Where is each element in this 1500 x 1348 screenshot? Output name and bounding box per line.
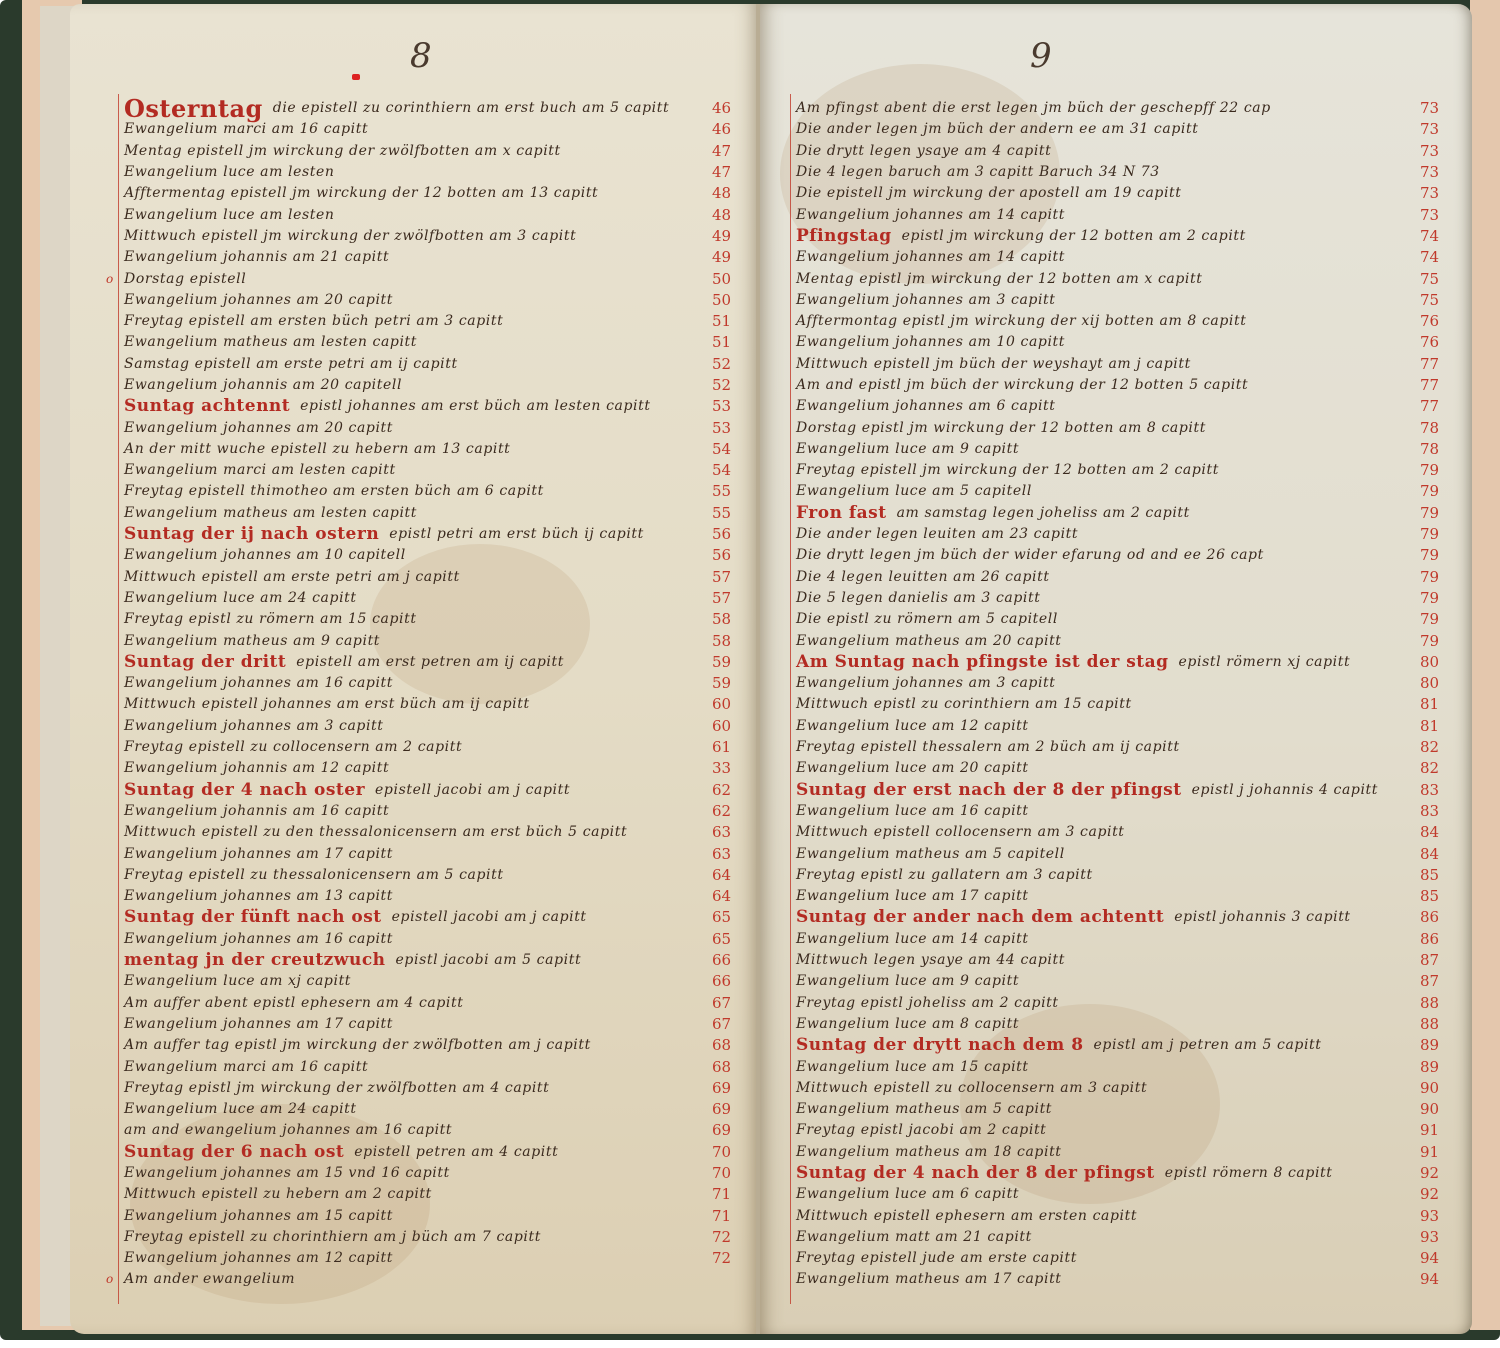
folio-reference-number: 81	[1420, 694, 1439, 715]
manuscript-line: Ewangelium matt am 21 capitt93	[760, 1227, 1472, 1248]
manuscript-line: Mittwuch epistell zu hebern am 2 capitt7…	[70, 1184, 758, 1205]
folio-reference-number: 63	[712, 844, 731, 865]
folio-reference-number: 79	[1420, 588, 1439, 609]
manuscript-line: Ewangelium johannis am 12 capitt33	[70, 758, 758, 779]
manuscript-line: Ewangelium johannis am 20 capitell52	[70, 375, 758, 396]
line-text: Ewangelium johannes am 13 capitt	[124, 886, 393, 907]
line-text: Ewangelium luce am 16 capitt	[796, 801, 1029, 822]
manuscript-line: Ewangelium johannes am 12 capitt72	[70, 1248, 758, 1269]
line-text: Ewangelium marci am 16 capitt	[124, 1057, 368, 1078]
line-text: Freytag epistell thimotheo am ersten büc…	[124, 481, 544, 502]
rubric-heading: Suntag der fünft nach ost	[124, 907, 382, 928]
manuscript-line: Suntag der drytt nach dem 8epistl am j p…	[760, 1035, 1472, 1056]
line-text: Am pfingst abent die erst legen jm büch …	[796, 98, 1271, 119]
manuscript-line: Die epistl zu römern am 5 capitell79	[760, 609, 1472, 630]
folio-reference-number: 50	[712, 290, 731, 311]
line-text: Ewangelium luce am 17 capitt	[796, 886, 1029, 907]
line-text: Die epistell jm wirckung der apostell am…	[796, 183, 1182, 204]
line-text: Dorstag epistl jm wirckung der 12 botten…	[796, 418, 1206, 439]
folio-reference-number: 53	[712, 396, 731, 417]
folio-reference-number: 68	[712, 1035, 731, 1056]
manuscript-line: am and ewangelium johannes am 16 capitt6…	[70, 1120, 758, 1141]
folio-reference-number: 50	[712, 269, 731, 290]
manuscript-line: Am auffer tag epistl jm wirckung der zwö…	[70, 1035, 758, 1056]
line-text: am and ewangelium johannes am 16 capitt	[124, 1120, 452, 1141]
manuscript-line: Ewangelium marci am 16 capitt68	[70, 1056, 758, 1077]
folio-reference-number: 54	[712, 460, 731, 481]
folio-reference-number: 70	[712, 1163, 731, 1184]
line-text: Freytag epistell zu thessalonicensern am…	[124, 865, 504, 886]
manuscript-line: Suntag der fünft nach ostepistell jacobi…	[70, 907, 758, 928]
line-text: Ewangelium matheus am 5 capitell	[796, 844, 1065, 865]
line-text: Ewangelium luce am 12 capitt	[796, 716, 1029, 737]
line-text: Mittwuch epistell johannes am erst büch …	[124, 694, 530, 715]
line-text: Ewangelium johannes am 12 capitt	[124, 1248, 393, 1269]
folio-reference-number: 86	[1420, 907, 1439, 928]
manuscript-line: Ewangelium marci am lesten capitt54	[70, 460, 758, 481]
rubric-heading: Suntag der 6 nach ost	[124, 1142, 344, 1163]
manuscript-line: Die 4 legen baruch am 3 capitt Baruch 34…	[760, 162, 1472, 183]
line-text: Freytag epistl zu gallatern am 3 capitt	[796, 865, 1093, 886]
manuscript-line: Die ander legen leuiten am 23 capitt79	[760, 524, 1472, 545]
line-text: Die ander legen jm büch der andern ee am…	[796, 119, 1198, 140]
manuscript-line: Ewangelium johannes am 13 capitt64	[70, 886, 758, 907]
line-text: Mentag epistell jm wirckung der zwölfbot…	[124, 141, 561, 162]
manuscript-line: Ewangelium johannes am 16 capitt59	[70, 673, 758, 694]
folio-reference-number: 86	[1420, 929, 1439, 950]
line-text: Dorstag epistell	[124, 269, 246, 290]
line-text: Ewangelium johannes am 16 capitt	[124, 673, 393, 694]
line-text: Ewangelium johannes am 17 capitt	[124, 844, 393, 865]
folio-reference-number: 47	[712, 141, 731, 162]
manuscript-line: Ewangelium matheus am lesten capitt55	[70, 503, 758, 524]
folio-reference-number: 81	[1420, 716, 1439, 737]
manuscript-line: Ewangelium luce am 15 capitt89	[760, 1056, 1472, 1077]
folio-reference-number: 71	[712, 1206, 731, 1227]
folio-reference-number: 52	[712, 375, 731, 396]
folio-reference-number: 51	[712, 311, 731, 332]
folio-reference-number: 77	[1420, 354, 1439, 375]
folio-reference-number: 73	[1420, 98, 1439, 119]
manuscript-line: Ewangelium johannes am 3 capitt60	[70, 716, 758, 737]
line-text: Ewangelium luce am 8 capitt	[796, 1014, 1019, 1035]
folio-reference-number: 33	[712, 758, 731, 779]
line-text: Die 4 legen leuitten am 26 capitt	[796, 567, 1050, 588]
line-text: Freytag epistl joheliss am 2 capitt	[796, 993, 1059, 1014]
manuscript-line: Ewangelium luce am 12 capitt81	[760, 716, 1472, 737]
rubric-heading: Suntag der 4 nach oster	[124, 780, 365, 801]
folio-reference-number: 79	[1420, 460, 1439, 481]
folio-reference-number: 93	[1420, 1206, 1439, 1227]
rubric-heading: Suntag achtennt	[124, 396, 290, 417]
manuscript-line: Die epistell jm wirckung der apostell am…	[760, 183, 1472, 204]
line-text: Freytag epistl zu römern am 15 capitt	[124, 609, 417, 630]
manuscript-line: Ewangelium johannes am 3 capitt75	[760, 290, 1472, 311]
rubric-heading: Suntag der ander nach dem achtentt	[796, 907, 1164, 928]
line-text: Mittwuch epistell jm büch der weyshayt a…	[796, 354, 1191, 375]
line-text: Ewangelium luce am 9 capitt	[796, 439, 1019, 460]
folio-reference-number: 59	[712, 652, 731, 673]
manuscript-line: Die drytt legen jm büch der wider efarun…	[760, 545, 1472, 566]
manuscript-line: Mittwuch epistell ephesern am ersten cap…	[760, 1205, 1472, 1226]
line-text: Am ander ewangelium	[124, 1269, 295, 1290]
line-text: Freytag epistell jm wirckung der 12 bott…	[796, 460, 1219, 481]
line-text: Ewangelium johannes am 15 vnd 16 capitt	[124, 1163, 450, 1184]
manuscript-line: Mentag epistell jm wirckung der zwölfbot…	[70, 141, 758, 162]
line-text: Ewangelium johannes am 10 capitell	[124, 545, 406, 566]
manuscript-line: Ewangelium johannes am 16 capitt65	[70, 929, 758, 950]
folio-reference-number: 49	[712, 226, 731, 247]
line-text: Ewangelium matheus am 17 capitt	[796, 1269, 1062, 1290]
rubric-heading: Suntag der ij nach ostern	[124, 524, 379, 545]
manuscript-line: Ewangelium johannes am 20 capitt50	[70, 290, 758, 311]
line-text: die epistell zu corinthiern am erst buch…	[273, 98, 669, 119]
line-text: Mentag epistl jm wirckung der 12 botten …	[796, 269, 1202, 290]
folio-reference-number: 66	[712, 950, 731, 971]
line-text: Ewangelium matheus am lesten capitt	[124, 503, 417, 524]
manuscript-line: Ewangelium matheus am 9 capitt58	[70, 630, 758, 651]
line-text: epistl römern 8 capitt	[1165, 1163, 1333, 1184]
rubric-heading: Suntag der drytt nach dem 8	[796, 1035, 1084, 1056]
folio-reference-number: 79	[1420, 481, 1439, 502]
folio-number: 8	[410, 36, 432, 76]
line-text: Freytag epistl jacobi am 2 capitt	[796, 1120, 1046, 1141]
folio-reference-number: 89	[1420, 1057, 1439, 1078]
line-text: Ewangelium johannes am 3 capitt	[796, 673, 1056, 694]
folio-reference-number: 78	[1420, 439, 1439, 460]
manuscript-line: Am pfingst abent die erst legen jm büch …	[760, 98, 1472, 119]
folio-reference-number: 92	[1420, 1184, 1439, 1205]
line-text: Mittwuch epistell ephesern am ersten cap…	[796, 1206, 1137, 1227]
manuscript-line: Mittwuch legen ysaye am 44 capitt87	[760, 950, 1472, 971]
line-text: Die 4 legen baruch am 3 capitt Baruch 34…	[796, 162, 1160, 183]
line-text: Ewangelium matheus am 9 capitt	[124, 631, 380, 652]
folio-reference-number: 73	[1420, 119, 1439, 140]
folio-reference-number: 78	[1420, 418, 1439, 439]
line-text: Die drytt legen ysaye am 4 capitt	[796, 141, 1051, 162]
rubric-heading: Am Suntag nach pfingste ist der stag	[796, 652, 1169, 673]
folio-reference-number: 79	[1420, 631, 1439, 652]
folio-reference-number: 73	[1420, 183, 1439, 204]
line-text: Am auffer abent epistl ephesern am 4 cap…	[124, 993, 463, 1014]
line-text: Samstag epistell am erste petri am ij ca…	[124, 354, 458, 375]
folio-reference-number: 94	[1420, 1248, 1439, 1269]
line-text: epistell jacobi am j capitt	[392, 907, 587, 928]
manuscript-line: Ewangelium johannes am 17 capitt63	[70, 843, 758, 864]
manuscript-line: Ewangelium johannes am 6 capitt77	[760, 396, 1472, 417]
manuscript-line: Suntag der 6 nach ostepistell petren am …	[70, 1142, 758, 1163]
folio-reference-number: 73	[1420, 162, 1439, 183]
manuscript-line: Ewangelium johannes am 15 vnd 16 capitt7…	[70, 1163, 758, 1184]
manuscript-line: Ewangelium luce am 20 capitt82	[760, 758, 1472, 779]
line-text: Ewangelium matheus am 18 capitt	[796, 1142, 1062, 1163]
manuscript-line: Mittwuch epistell collocensern am 3 capi…	[760, 822, 1472, 843]
manuscript-line: An der mitt wuche epistell zu hebern am …	[70, 439, 758, 460]
line-text: Freytag epistell jude am erste capitt	[796, 1248, 1077, 1269]
manuscript-line: Suntag achtenntepistl johannes am erst b…	[70, 396, 758, 417]
manuscript-line: Pfingstagepistl jm wirckung der 12 botte…	[760, 226, 1472, 247]
folio-reference-number: 84	[1420, 822, 1439, 843]
manuscript-line: Am auffer abent epistl ephesern am 4 cap…	[70, 992, 758, 1013]
folio-reference-number: 47	[712, 162, 731, 183]
line-text: Ewangelium luce am xj capitt	[124, 971, 351, 992]
manuscript-line: Freytag epistell zu thessalonicensern am…	[70, 865, 758, 886]
folio-reference-number: 75	[1420, 290, 1439, 311]
line-text: Ewangelium johannis am 12 capitt	[124, 758, 389, 779]
line-text: Die drytt legen jm büch der wider efarun…	[796, 545, 1264, 566]
manuscript-line: Ewangelium johannis am 21 capitt49	[70, 247, 758, 268]
rubric-heading: Suntag der dritt	[124, 652, 286, 673]
folio-reference-number: 74	[1420, 247, 1439, 268]
line-text: Ewangelium johannes am 14 capitt	[796, 205, 1065, 226]
line-text: Mittwuch epistell zu collocensern am 3 c…	[796, 1078, 1147, 1099]
folio-reference-number: 93	[1420, 1227, 1439, 1248]
folio-reference-number: 82	[1420, 737, 1439, 758]
manuscript-line: Ewangelium luce am lesten48	[70, 204, 758, 225]
line-text: Ewangelium matt am 21 capitt	[796, 1227, 1032, 1248]
folio-reference-number: 90	[1420, 1078, 1439, 1099]
line-text: epistell petren am 4 capitt	[354, 1142, 558, 1163]
manuscript-line: Afftermontag epistl jm wirckung der xij …	[760, 311, 1472, 332]
line-text: Ewangelium johannes am 20 capitt	[124, 418, 393, 439]
line-text: Ewangelium luce am 6 capitt	[796, 1184, 1019, 1205]
folio-reference-number: 57	[712, 567, 731, 588]
folio-reference-number: 75	[1420, 269, 1439, 290]
folio-reference-number: 52	[712, 354, 731, 375]
folio-reference-number: 53	[712, 418, 731, 439]
manuscript-line: Mittwuch epistell jm büch der weyshayt a…	[760, 354, 1472, 375]
manuscript-line: Freytag epistell zu collocensern am 2 ca…	[70, 737, 758, 758]
manuscript-line: Ewangelium marci am 16 capitt46	[70, 119, 758, 140]
line-text: Mittwuch epistell zu den thessalonicense…	[124, 822, 627, 843]
folio-reference-number: 74	[1420, 226, 1439, 247]
line-text: Ewangelium johannes am 3 capitt	[796, 290, 1056, 311]
manuscript-line: Afftermentag epistell jm wirckung der 12…	[70, 183, 758, 204]
folio-reference-number: 91	[1420, 1142, 1439, 1163]
line-text: am samstag legen joheliss am 2 capitt	[897, 503, 1190, 524]
line-text: Ewangelium johannes am 15 capitt	[124, 1206, 393, 1227]
manuscript-line: Mittwuch epistell am erste petri am j ca…	[70, 567, 758, 588]
manuscript-line: Suntag der ij nach osternepistl petri am…	[70, 524, 758, 545]
manuscript-line: Freytag epistell thessalern am 2 büch am…	[760, 737, 1472, 758]
right-page-lines: Am pfingst abent die erst legen jm büch …	[760, 98, 1472, 1291]
folio-reference-number: 66	[712, 971, 731, 992]
manuscript-line: oAm ander ewangelium	[70, 1269, 758, 1290]
rubric-heading: Suntag der 4 nach der 8 der pfingst	[796, 1163, 1155, 1184]
rubric-heading: Suntag der erst nach der 8 der pfingst	[796, 780, 1182, 801]
manuscript-line: Ewangelium luce am 5 capitell79	[760, 481, 1472, 502]
manuscript-line: Ewangelium matheus am lesten capitt51	[70, 332, 758, 353]
line-text: epistl petri am erst büch ij capitt	[389, 524, 644, 545]
manuscript-line: Ewangelium johannes am 14 capitt74	[760, 247, 1472, 268]
manuscript-line: Ewangelium matheus am 18 capitt91	[760, 1142, 1472, 1163]
line-text: Ewangelium johannis am 16 capitt	[124, 801, 389, 822]
manuscript-line: Ewangelium johannis am 16 capitt62	[70, 801, 758, 822]
manuscript-line: Am and epistl jm büch der wirckung der 1…	[760, 375, 1472, 396]
manuscript-line: Freytag epistell zu chorinthiern am j bü…	[70, 1227, 758, 1248]
line-text: Freytag epistl jm wirckung der zwölfbott…	[124, 1078, 549, 1099]
folio-reference-number: 71	[712, 1184, 731, 1205]
line-text: Ewangelium luce am lesten	[124, 162, 335, 183]
line-text: Ewangelium luce am lesten	[124, 205, 335, 226]
line-text: Ewangelium luce am 20 capitt	[796, 758, 1029, 779]
manuscript-line: Ewangelium matheus am 20 capitt79	[760, 630, 1472, 651]
manuscript-line: Ewangelium matheus am 5 capitt90	[760, 1099, 1472, 1120]
manuscript-line: Ewangelium luce am 17 capitt85	[760, 886, 1472, 907]
folio-reference-number: 79	[1420, 503, 1439, 524]
folio-reference-number: 73	[1420, 205, 1439, 226]
line-text: Am and epistl jm büch der wirckung der 1…	[796, 375, 1248, 396]
folio-reference-number: 58	[712, 631, 731, 652]
folio-reference-number: 87	[1420, 971, 1439, 992]
line-text: Freytag epistell am ersten büch petri am…	[124, 311, 503, 332]
folio-reference-number: 94	[1420, 1269, 1439, 1290]
folio-reference-number: 48	[712, 183, 731, 204]
folio-reference-number: 60	[712, 694, 731, 715]
line-text: Ewangelium johannes am 3 capitt	[124, 716, 384, 737]
folio-reference-number: 46	[712, 98, 731, 119]
folio-reference-number: 85	[1420, 865, 1439, 886]
line-text: Ewangelium johannes am 20 capitt	[124, 290, 393, 311]
line-text: Ewangelium johannes am 10 capitt	[796, 332, 1065, 353]
manuscript-line: Mittwuch epistl zu corinthiern am 15 cap…	[760, 694, 1472, 715]
folio-reference-number: 48	[712, 205, 731, 226]
manuscript-line: Mittwuch epistell johannes am erst büch …	[70, 694, 758, 715]
line-text: Ewangelium matheus am 5 capitt	[796, 1099, 1052, 1120]
folio-reference-number: 56	[712, 524, 731, 545]
rubric-heading: Fron fast	[796, 503, 887, 524]
manuscript-line: Ewangelium johannes am 10 capitt76	[760, 332, 1472, 353]
folio-reference-number: 63	[712, 822, 731, 843]
folio-reference-number: 64	[712, 865, 731, 886]
folio-reference-number: 83	[1420, 801, 1439, 822]
folio-reference-number: 69	[712, 1078, 731, 1099]
line-text: Mittwuch epistell jm wirckung der zwölfb…	[124, 226, 576, 247]
line-text: Afftermontag epistl jm wirckung der xij …	[796, 311, 1246, 332]
line-text: Ewangelium luce am 15 capitt	[796, 1057, 1029, 1078]
manuscript-line: Ewangelium johannes am 20 capitt53	[70, 417, 758, 438]
manuscript-line: Freytag epistell am ersten büch petri am…	[70, 311, 758, 332]
line-text: Ewangelium johannes am 6 capitt	[796, 396, 1056, 417]
folio-number: 9	[1030, 36, 1052, 76]
manuscript-line: Am Suntag nach pfingste ist der stagepis…	[760, 652, 1472, 673]
manuscript-line: Suntag der ander nach dem achtenttepistl…	[760, 907, 1472, 928]
manuscript-line: Mittwuch epistell jm wirckung der zwölfb…	[70, 226, 758, 247]
folio-reference-number: 84	[1420, 844, 1439, 865]
folio-reference-number: 90	[1420, 1099, 1439, 1120]
line-text: Die ander legen leuiten am 23 capitt	[796, 524, 1078, 545]
right-page: 9 Am pfingst abent die erst legen jm büc…	[760, 4, 1472, 1334]
manuscript-line: Ewangelium johannes am 17 capitt67	[70, 1014, 758, 1035]
folio-reference-number: 65	[712, 929, 731, 950]
folio-reference-number: 57	[712, 588, 731, 609]
line-text: Mittwuch epistell zu hebern am 2 capitt	[124, 1184, 432, 1205]
manuscript-line: Freytag epistl joheliss am 2 capitt88	[760, 992, 1472, 1013]
line-text: epistl johannis 3 capitt	[1174, 907, 1350, 928]
folio-reference-number: 88	[1420, 993, 1439, 1014]
manuscript-line: Mittwuch epistell zu den thessalonicense…	[70, 822, 758, 843]
folio-reference-number: 80	[1420, 673, 1439, 694]
line-text: Ewangelium johannis am 20 capitell	[124, 375, 402, 396]
folio-reference-number: 77	[1420, 396, 1439, 417]
manuscript-line: Die 5 legen danielis am 3 capitt79	[760, 588, 1472, 609]
folio-reference-number: 55	[712, 503, 731, 524]
left-page: 8 Osterntagdie epistell zu corinthiern a…	[70, 4, 758, 1334]
line-text: Afftermentag epistell jm wirckung der 12…	[124, 183, 598, 204]
line-text: Ewangelium johannis am 21 capitt	[124, 247, 389, 268]
manuscript-line: Freytag epistl zu römern am 15 capitt58	[70, 609, 758, 630]
manuscript-line: Suntag der drittepistell am erst petren …	[70, 652, 758, 673]
manuscript-line: Suntag der erst nach der 8 der pfingstep…	[760, 780, 1472, 801]
manuscript-line: Dorstag epistl jm wirckung der 12 botten…	[760, 417, 1472, 438]
line-text: Ewangelium luce am 5 capitell	[796, 481, 1032, 502]
folio-reference-number: 72	[712, 1227, 731, 1248]
manuscript-line: Ewangelium luce am 9 capitt87	[760, 971, 1472, 992]
folio-reference-number: 83	[1420, 780, 1439, 801]
manuscript-line: Ewangelium luce am 24 capitt69	[70, 1099, 758, 1120]
manuscript-line: mentag jn der creutzwuchepistl jacobi am…	[70, 950, 758, 971]
manuscript-line: Ewangelium luce am xj capitt66	[70, 971, 758, 992]
line-text: epistl römern xj capitt	[1179, 652, 1351, 673]
manuscript-line: Osterntagdie epistell zu corinthiern am …	[70, 98, 758, 119]
manuscript-line: Fron fastam samstag legen joheliss am 2 …	[760, 503, 1472, 524]
manuscript-line: Freytag epistell jm wirckung der 12 bott…	[760, 460, 1472, 481]
manuscript-line: Suntag der 4 nach der 8 der pfingstepist…	[760, 1163, 1472, 1184]
folio-reference-number: 79	[1420, 545, 1439, 566]
line-text: Ewangelium luce am 24 capitt	[124, 588, 357, 609]
manuscript-line: Ewangelium luce am 24 capitt57	[70, 588, 758, 609]
line-text: epistl jm wirckung der 12 botten am 2 ca…	[902, 226, 1246, 247]
right-board	[1470, 0, 1500, 1330]
manuscript-line: Ewangelium johannes am 14 capitt73	[760, 204, 1472, 225]
line-text: Ewangelium matheus am lesten capitt	[124, 332, 417, 353]
folio-reference-number: 46	[712, 119, 731, 140]
folio-reference-number: 92	[1420, 1163, 1439, 1184]
line-text: Ewangelium luce am 24 capitt	[124, 1099, 357, 1120]
folio-reference-number: 89	[1420, 1035, 1439, 1056]
line-text: Mittwuch epistell am erste petri am j ca…	[124, 567, 460, 588]
line-text: Freytag epistell thessalern am 2 büch am…	[796, 737, 1180, 758]
manuscript-line: Freytag epistl jm wirckung der zwölfbott…	[70, 1078, 758, 1099]
folio-reference-number: 77	[1420, 375, 1439, 396]
folio-reference-number: 79	[1420, 567, 1439, 588]
rubric-heading: Pfingstag	[796, 226, 892, 247]
line-text: An der mitt wuche epistell zu hebern am …	[124, 439, 510, 460]
folio-reference-number: 51	[712, 332, 731, 353]
manuscript-line: Ewangelium johannes am 10 capitell56	[70, 545, 758, 566]
line-text: Ewangelium johannes am 14 capitt	[796, 247, 1065, 268]
folio-reference-number: 70	[712, 1142, 731, 1163]
manuscript-line: Die drytt legen ysaye am 4 capitt73	[760, 141, 1472, 162]
manuscript-line: Ewangelium luce am 6 capitt92	[760, 1184, 1472, 1205]
folio-reference-number: 60	[712, 716, 731, 737]
manuscript-line: Ewangelium luce am 16 capitt83	[760, 801, 1472, 822]
line-text: Ewangelium matheus am 20 capitt	[796, 631, 1062, 652]
folio-reference-number: 56	[712, 545, 731, 566]
folio-reference-number: 55	[712, 481, 731, 502]
folio-reference-number: 69	[712, 1099, 731, 1120]
line-text: Die 5 legen danielis am 3 capitt	[796, 588, 1040, 609]
line-text: epistell jacobi am j capitt	[375, 780, 570, 801]
folio-reference-number: 80	[1420, 652, 1439, 673]
manuscript-line: Mentag epistl jm wirckung der 12 botten …	[760, 268, 1472, 289]
red-mark	[352, 74, 360, 80]
manuscript-line: Freytag epistl jacobi am 2 capitt91	[760, 1120, 1472, 1141]
line-text: Mittwuch epistl zu corinthiern am 15 cap…	[796, 694, 1132, 715]
folio-reference-number: 72	[712, 1248, 731, 1269]
folio-reference-number: 91	[1420, 1120, 1439, 1141]
manuscript-line: oDorstag epistell50	[70, 268, 758, 289]
